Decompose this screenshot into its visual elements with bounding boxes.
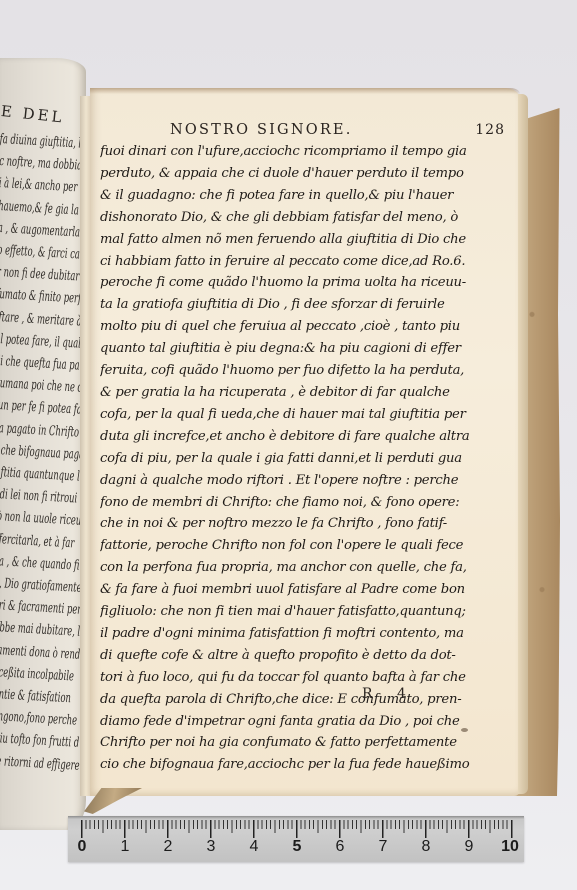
- text-line: fono de membri di Chrifto: che fiamo noi…: [100, 492, 515, 514]
- ruler-label: 9: [465, 838, 474, 856]
- ruler-label: 1: [121, 838, 130, 856]
- folio-number: 128: [475, 122, 505, 138]
- running-title: NOSTRO SIGNORE.: [170, 122, 353, 138]
- text-line: che in noi & per noftro mezzo le fa Chri…: [100, 513, 515, 535]
- ruler-label: 5: [293, 838, 302, 856]
- ruler-label: 3: [207, 838, 216, 856]
- text-line: di quefte cofe & altre à quefto propofit…: [100, 645, 515, 667]
- text-line: dishonorato Dio, & che gli debbiam fatis…: [100, 207, 515, 229]
- text-line: cofa, per la qual fi ueda,che di hauer m…: [100, 404, 515, 426]
- right-page: NOSTRO SIGNORE. 128 fuoi dinari con l'uf…: [90, 88, 520, 796]
- ruler-label: 10: [501, 838, 519, 856]
- ruler-label: 0: [78, 838, 87, 856]
- text-line: perduto, & appaia che ci duole d'hauer p…: [100, 163, 515, 185]
- text-line: molto piu di quel che feruiua al peccato…: [100, 316, 515, 338]
- text-line: mal fatto almen nõ men feruendo alla giu…: [100, 229, 515, 251]
- ruler-label: 2: [164, 838, 173, 856]
- text-line: cofa di piu, per la quale i gia fatti da…: [100, 448, 515, 470]
- left-page-text: fa diuina giuftitia, la qual c noftre, m…: [0, 128, 86, 778]
- text-line: tori à fuo loco, qui fu da toccar fol qu…: [100, 667, 515, 689]
- text-line: figliuolo: che non fi tien mai d'hauer f…: [100, 601, 515, 623]
- book-photograph: E DEL fa diuina giuftitia, la qual c nof…: [0, 0, 577, 890]
- text-line: che ritorni ad effigere: [0, 749, 86, 777]
- text-line: ta la gratiofa giuftitia di Dio , fi dee…: [100, 294, 515, 316]
- text-line: dagni à qualche modo riftori . Et l'oper…: [100, 470, 515, 492]
- text-line: peroche fi come quãdo l'huomo la prima u…: [100, 272, 515, 294]
- text-line: duta gli increfce,et ancho è debitore di…: [100, 426, 515, 448]
- wormhole-damage: [461, 728, 468, 732]
- measurement-ruler: 0 1 2 3 4 5 6 7 8 9 10: [68, 816, 524, 862]
- text-line: fattorie, peroche Chrifto non fol con l'…: [100, 535, 515, 557]
- text-line: diamo fede d'impetrar ogni fanta gratia …: [100, 711, 515, 733]
- page-fore-edge: [518, 94, 528, 794]
- ruler-label: 6: [336, 838, 345, 856]
- ruler-labels: 0 1 2 3 4 5 6 7 8 9 10: [68, 838, 524, 860]
- running-header: NOSTRO SIGNORE. 128: [170, 122, 505, 138]
- text-line: & fa fare à fuoi membri uuol fatisfare a…: [100, 579, 515, 601]
- text-line: ci habbiam fatto in feruire al peccato c…: [100, 251, 515, 273]
- text-line: cio che bifognaua fare,acciochc per la f…: [100, 754, 515, 776]
- ruler-label: 8: [422, 838, 431, 856]
- text-line: quanto tal giuftitia è piu degna:& ha pi…: [100, 338, 515, 360]
- page-text: fuoi dinari con l'ufure,acciochc ricompr…: [100, 141, 515, 776]
- ruler-label: 4: [250, 838, 259, 856]
- text-line: da quefta parola di Chrifto,che dice: E …: [100, 689, 515, 711]
- text-line: & il guadagno: che fi potea fare in quel…: [100, 185, 515, 207]
- text-line: feruita, cofi quãdo l'huomo per fuo dife…: [100, 360, 515, 382]
- text-line: Chrifto per noi ha gia confumato & fatto…: [100, 732, 515, 754]
- signature-mark: R 4: [362, 686, 416, 702]
- left-facing-page: E DEL fa diuina giuftitia, la qual c nof…: [0, 58, 86, 830]
- text-line: con la perfona fua propria, ma anchor co…: [100, 557, 515, 579]
- text-line: & per gratia la ha ricuperata , è debito…: [100, 382, 515, 404]
- ruler-label: 7: [379, 838, 388, 856]
- text-line: il padre d'ogni minima fatisfattion fi m…: [100, 623, 515, 645]
- left-running-head: E DEL: [0, 102, 65, 127]
- text-line: fuoi dinari con l'ufure,acciochc ricompr…: [100, 141, 515, 163]
- ruler-major-ticks: [81, 820, 513, 838]
